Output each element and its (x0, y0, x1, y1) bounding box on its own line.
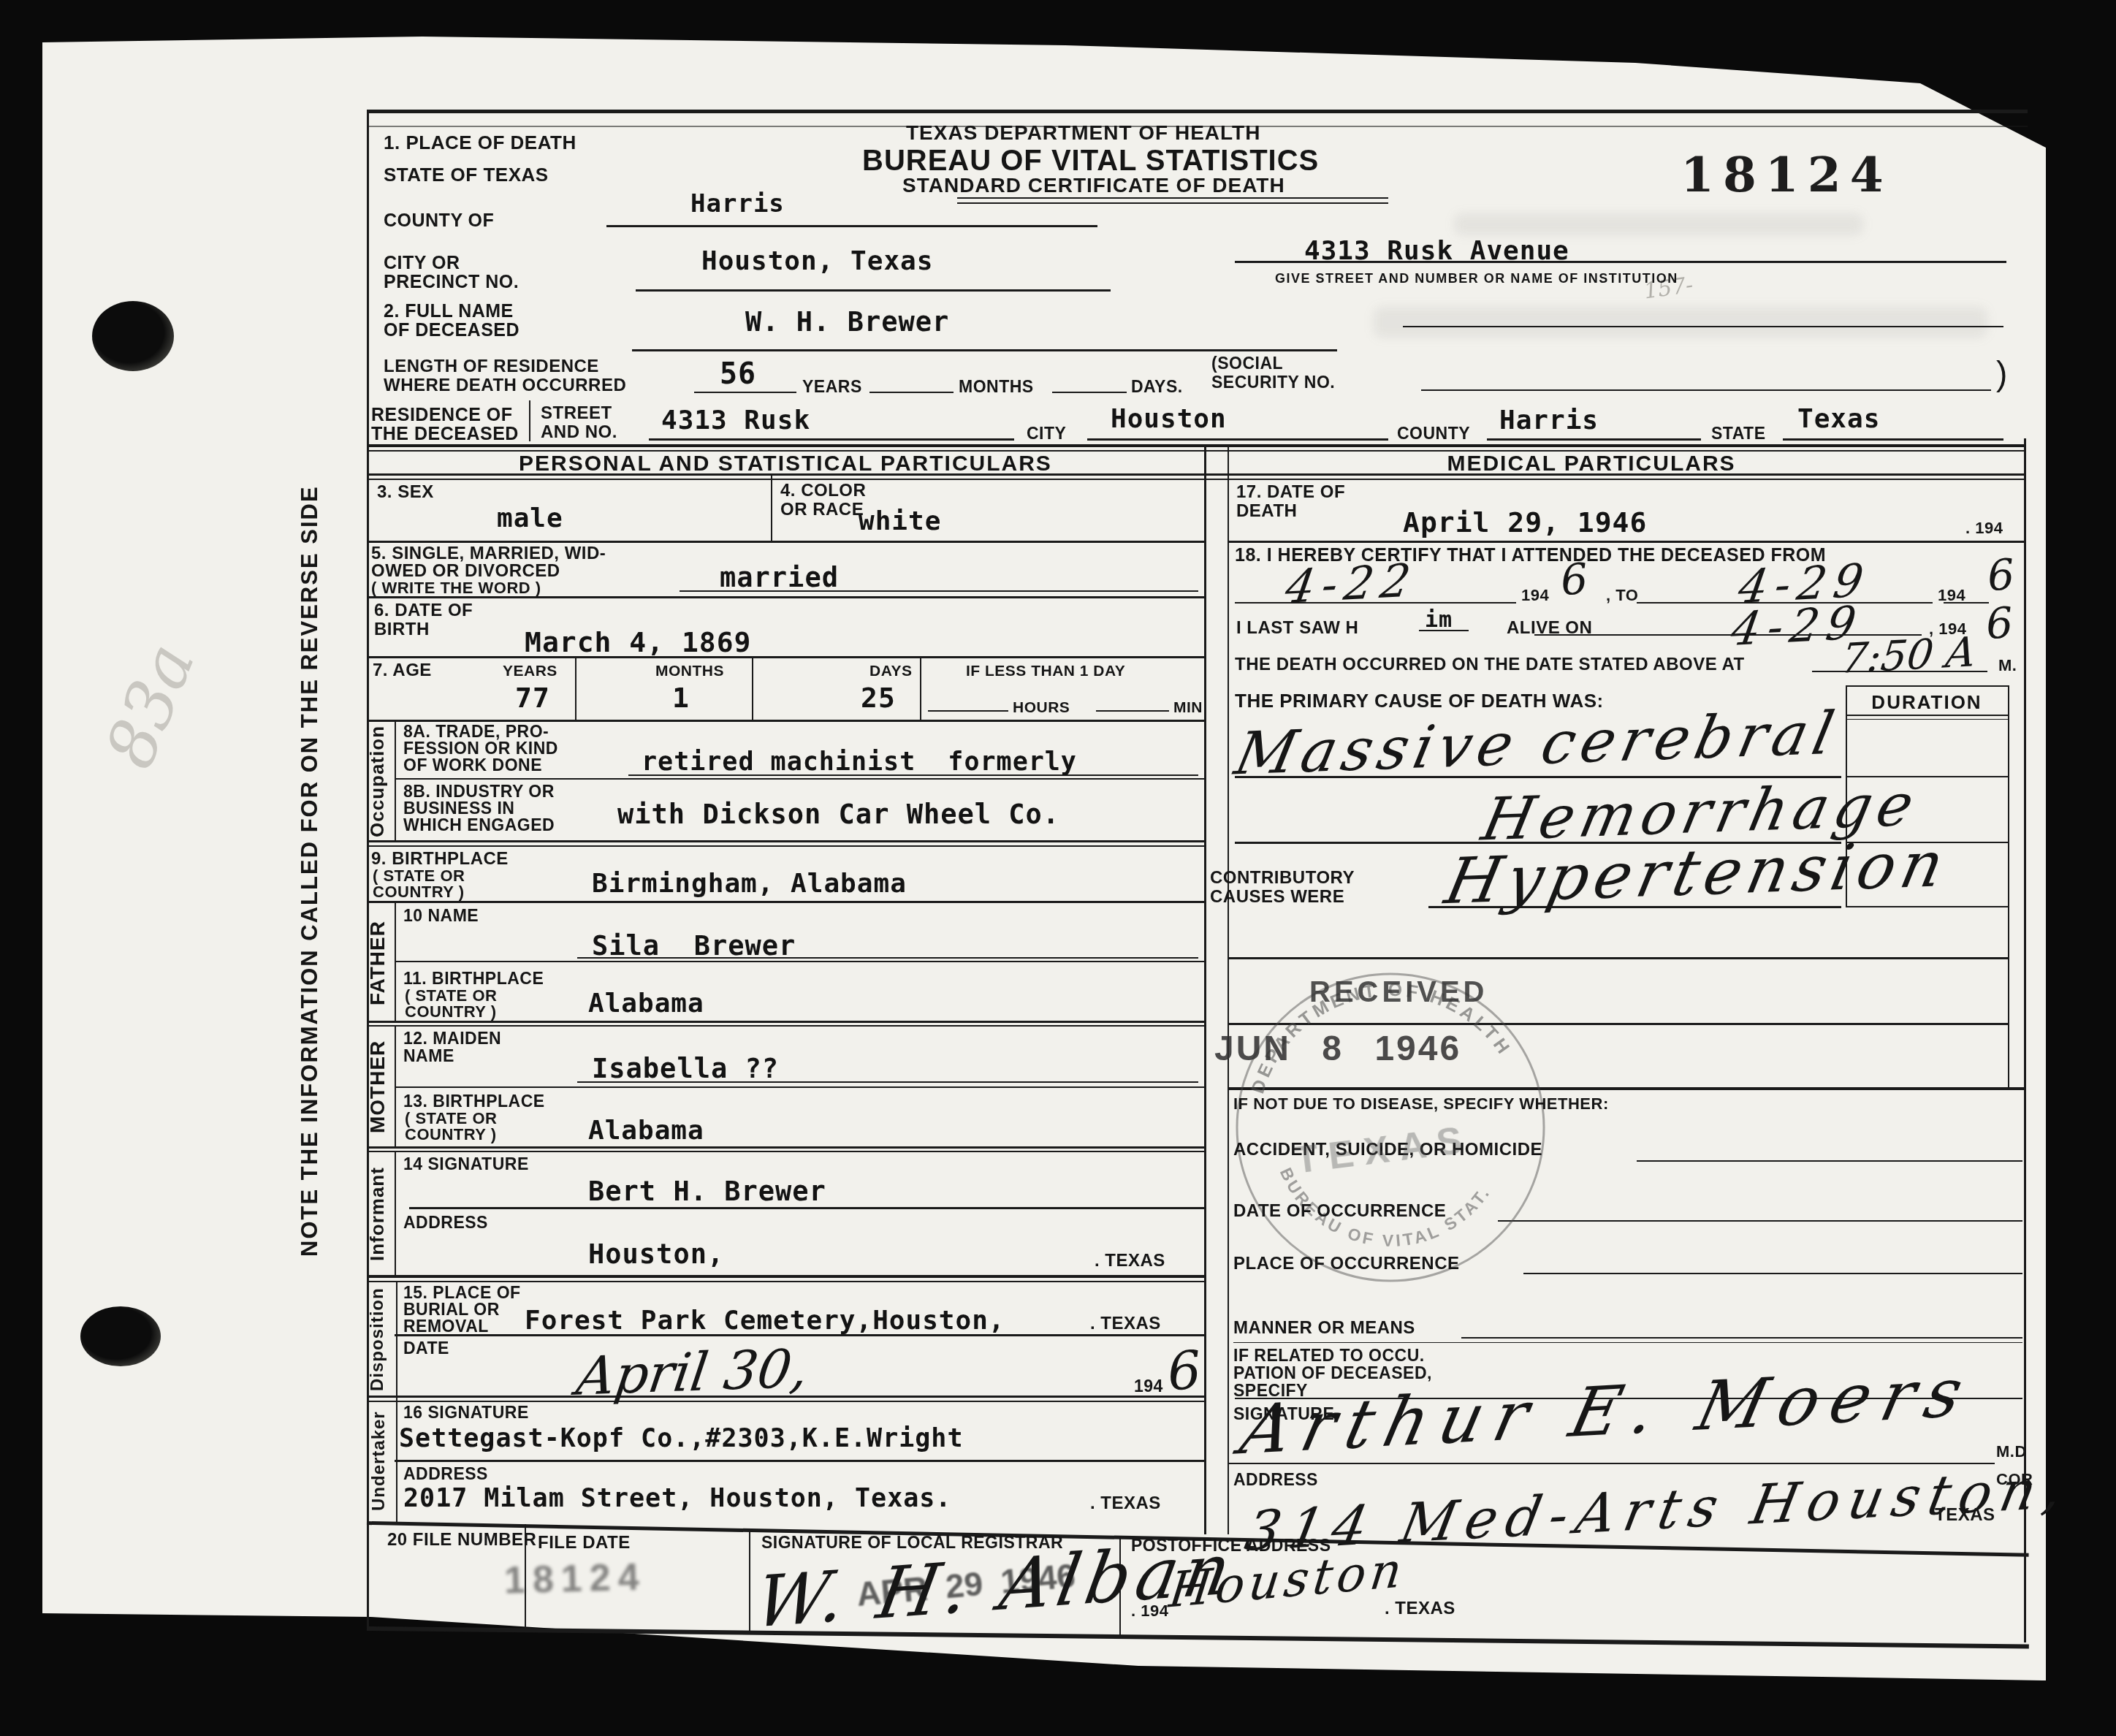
side-label-divider (395, 720, 396, 840)
bureau-title: BUREAU OF VITAL STATISTICS (862, 146, 1319, 175)
dod-label-1: 17. DATE OF (1236, 484, 1345, 501)
burial-label-1: 15. PLACE OF (403, 1284, 521, 1301)
death-street-value: 4313 Rusk Avenue (1304, 238, 1569, 264)
age-months-label: MONTHS (655, 663, 724, 679)
place-of-death-label: 1. PLACE OF DEATH (384, 133, 576, 152)
row-rule (367, 840, 1204, 842)
file-number-stamp: 18124 (503, 1558, 647, 1599)
row-rule (367, 1146, 1204, 1149)
informant-addr-value: Houston, (588, 1241, 724, 1268)
side-informant-label: Informant (368, 1153, 394, 1275)
row-rule (395, 1460, 1204, 1462)
father-bp-label-1: 11. BIRTHPLACE (403, 970, 544, 987)
residence-length-label-1: LENGTH OF RESIDENCE (384, 358, 599, 376)
age-divider (920, 656, 921, 720)
dod-year-printed: . 194 (1965, 520, 2003, 536)
years-label: YEARS (802, 378, 862, 395)
row-rule-echo (367, 1025, 1204, 1027)
row-rule (367, 656, 1204, 658)
days-line (1052, 392, 1127, 393)
form-border-left (367, 110, 369, 1631)
attended-to-year-printed: 194 (1938, 587, 1965, 604)
mother-bp-label-3: COUNTRY ) (405, 1127, 497, 1143)
certificate-number: 18124 (1681, 146, 1892, 203)
age-years-value: 77 (515, 684, 550, 712)
attended-from-year-printed: 194 (1521, 587, 1549, 604)
county2-value: Harris (1499, 408, 1599, 434)
manner-label: MANNER OR MEANS (1233, 1320, 1415, 1337)
maiden-label-1: 12. MAIDEN (403, 1030, 501, 1047)
marital-label-3: ( WRITE THE WORD ) (371, 580, 541, 596)
band-rule-echo (367, 479, 2026, 480)
city-underline (636, 289, 1111, 292)
burial-date-handwriting: April 30, (574, 1341, 812, 1402)
fullname-value: W. H. Brewer (745, 308, 949, 335)
fullname-underline-right (1403, 326, 2003, 327)
contributory-handwriting: Hypertension (1440, 833, 1955, 914)
side-label-divider (395, 1025, 396, 1146)
duration-underline (1846, 715, 2008, 716)
birthplace-label-2: ( STATE OR (373, 868, 465, 884)
manner-line-echo (1233, 1342, 2022, 1343)
birthplace-label-1: 9. BIRTHPLACE (371, 850, 509, 868)
street-no-underline (649, 438, 1014, 441)
bottom-divider (749, 1529, 750, 1632)
side-mother-label: MOTHER (368, 1027, 394, 1146)
mother-bp-label-2: ( STATE OR (405, 1111, 497, 1127)
sex-race-divider (771, 475, 772, 541)
row-rule-echo (367, 1151, 1204, 1152)
city2-value: Houston (1111, 406, 1227, 433)
row-rule-echo (367, 845, 1204, 847)
sex-label: 3. SEX (377, 484, 434, 501)
lastsaw-fill: im (1425, 609, 1453, 631)
industry-label-3: WHICH ENGAGED (403, 817, 555, 834)
age-lessday-label: IF LESS THAN 1 DAY (966, 663, 1125, 679)
punch-hole-top (92, 301, 174, 371)
ssn-underline (1421, 389, 1991, 391)
mother-bp-value: Alabama (588, 1118, 704, 1144)
informant-sig-label: 14 SIGNATURE (403, 1156, 529, 1173)
race-label-1: 4. COLOR (780, 482, 866, 500)
placeocc-line (1523, 1273, 2022, 1274)
state2-value: Texas (1797, 406, 1880, 433)
dob-label-1: 6. DATE OF (374, 602, 473, 620)
contributory-label-1: CONTRIBUTORY (1210, 869, 1355, 887)
scanned-death-certificate-page: 83a 157- NOTE THE INFORMATION CALLED FOR… (0, 0, 2116, 1736)
scan-smudge (1454, 213, 1863, 235)
county-value: Harris (690, 191, 785, 216)
residence-brace (529, 400, 530, 441)
file-date-label: FILE DATE (538, 1534, 631, 1552)
ssn-paren: ) (1996, 357, 2008, 390)
days-label: DAYS. (1131, 378, 1183, 395)
occurred-m-label: M. (1998, 658, 2017, 674)
city2-underline (1087, 438, 1388, 441)
row-rule (367, 1275, 1204, 1278)
medical-section-title: MEDICAL PARTICULARS (1204, 453, 1979, 475)
trade-label-3: OF WORK DONE (403, 757, 542, 774)
file-number-label: 20 FILE NUMBER (387, 1531, 536, 1549)
side-label-divider (395, 1151, 396, 1275)
state2-underline (1783, 438, 2003, 441)
dod-label-2: DEATH (1236, 503, 1297, 520)
row-rule (367, 1021, 1204, 1023)
trade-label-2: FESSION OR KIND (403, 740, 558, 757)
title-underline (957, 197, 1388, 199)
standard-title: STANDARD CERTIFICATE OF DEATH (902, 175, 1285, 196)
marital-label-2: OWED OR DIVORCED (371, 563, 560, 580)
md-label: M.D (1996, 1444, 2027, 1460)
age-label: 7. AGE (373, 662, 432, 679)
months-label: MONTHS (959, 378, 1034, 395)
scan-smudge (1374, 307, 1987, 338)
postoffice-state: . TEXAS (1385, 1600, 1455, 1618)
informant-addr-label: ADDRESS (403, 1214, 488, 1231)
informant-sig-value: Bert H. Brewer (588, 1178, 826, 1205)
father-name-value: Sila Brewer (592, 932, 796, 959)
birthplace-label-3: COUNTRY ) (373, 884, 465, 900)
received-stamp-date: JUN 8 1946 (1214, 1032, 1461, 1067)
side-father-label: FATHER (368, 906, 394, 1021)
residence2-label-2: THE DECEASED (371, 425, 519, 443)
lastsaw-label-1: I LAST SAW H (1236, 620, 1358, 637)
row-rule (409, 1207, 1204, 1209)
mother-bp-label-1: 13. BIRTHPLACE (403, 1093, 545, 1110)
personal-section-title: PERSONAL AND STATISTICAL PARTICULARS (367, 453, 1204, 475)
maiden-label-2: NAME (403, 1048, 454, 1065)
city-precinct-label-1: CITY OR (384, 254, 460, 273)
street-caption: GIVE STREET AND NUMBER OR NAME OF INSTIT… (1275, 272, 1678, 285)
side-occupation-label: Occupation (368, 722, 394, 840)
industry-label-1: 8B. INDUSTRY OR (403, 783, 555, 800)
row-rule (395, 1086, 1204, 1088)
punch-hole-bottom (80, 1306, 161, 1366)
occurred-time-handwriting: 7:50 A (1839, 632, 1979, 680)
state-of-texas-label: STATE OF TEXAS (384, 165, 549, 184)
row-rule-echo (367, 1281, 1204, 1282)
duration-label: DURATION (1846, 693, 2008, 712)
father-bp-label-3: COUNTRY ) (405, 1004, 497, 1020)
hours-label: HOURS (1013, 700, 1070, 715)
lastsaw-year-hw: 6 (1984, 601, 2014, 645)
fullname-label-1: 2. FULL NAME (384, 302, 514, 321)
manner-line (1461, 1337, 2022, 1339)
county2-label: COUNTY (1397, 425, 1470, 442)
undertaker-addr-label: ADDRESS (403, 1466, 488, 1482)
race-value: white (859, 509, 941, 535)
burial-label-2: BURIAL OR (403, 1301, 500, 1318)
burial-state: . TEXAS (1090, 1315, 1161, 1333)
extra-cause-line (1229, 957, 2008, 959)
primary-cause-label: THE PRIMARY CAUSE OF DEATH WAS: (1235, 691, 1604, 710)
margin-reverse-side-note: NOTE THE INFORMATION CALLED FOR ON THE R… (298, 409, 332, 1333)
burial-date-label: DATE (403, 1340, 449, 1357)
accident-line (1637, 1160, 2022, 1162)
street-no-value: 4313 Rusk (661, 408, 810, 434)
maiden-value: Isabella ?? (592, 1055, 779, 1082)
md-address-label: ADDRESS (1233, 1472, 1318, 1488)
row-rule (1229, 541, 2024, 543)
industry-label-2: BUSINESS IN (403, 800, 514, 817)
marital-value: married (720, 564, 839, 591)
trade-value: retired machinist formerly (642, 750, 1077, 775)
to-label: , TO (1606, 587, 1638, 604)
county-of-label: COUNTY OF (384, 212, 494, 230)
side-disposition-label: Disposition (369, 1283, 395, 1396)
min-label: MIN (1173, 700, 1203, 715)
marital-label-1: 5. SINGLE, MARRIED, WID- (371, 545, 606, 563)
dateocc-label: DATE OF OCCURRENCE (1233, 1203, 1446, 1220)
row-rule (367, 541, 1204, 543)
row-rule (395, 778, 1204, 780)
related-label-2: PATION OF DECEASED, (1233, 1365, 1432, 1382)
side-undertaker-label: Undertaker (370, 1403, 397, 1520)
ssn-label-2: SECURITY NO. (1211, 374, 1335, 391)
occurred-label: THE DEATH OCCURRED ON THE DATE STATED AB… (1235, 656, 1745, 674)
city-precinct-value: Houston, Texas (701, 248, 933, 275)
column-divider (1204, 444, 1206, 1534)
street-no-label-1: STREET (541, 405, 612, 422)
duration-box-top (1846, 685, 2008, 687)
placeocc-label: PLACE OF OCCURRENCE (1233, 1255, 1460, 1273)
burial-value: Forest Park Cemetery,Houston, (525, 1308, 1005, 1334)
age-days-label: DAYS (869, 663, 912, 679)
street-no-label-2: AND NO. (541, 424, 617, 441)
residence-years-value: 56 (720, 359, 756, 389)
months-line (869, 392, 954, 393)
residence-length-label-2: WHERE DEATH OCCURRED (384, 377, 626, 395)
dept-title: TEXAS DEPARTMENT OF HEALTH (906, 123, 1260, 143)
attended-to-year-hw: 6 (1986, 553, 2016, 597)
undertaker-sig-label: 16 SIGNATURE (403, 1404, 529, 1421)
title-underline (957, 202, 1388, 204)
notdisease-label: IF NOT DUE TO DISEASE, SPECIFY WHETHER: (1233, 1096, 1609, 1112)
split-rule (367, 444, 2026, 447)
received-stamp-word: RECEIVED (1309, 978, 1488, 1007)
father-name-label: 10 NAME (403, 907, 479, 924)
city-precinct-label-2: PRECINCT NO. (384, 273, 519, 292)
attended-from-handwriting: 4-22 (1282, 557, 1420, 610)
fullname-label-2: OF DECEASED (384, 321, 520, 340)
fullname-underline (632, 349, 1337, 351)
contributory-label-2: CAUSES WERE (1210, 888, 1344, 906)
residence2-label-1: RESIDENCE OF (371, 406, 513, 425)
trade-label-1: 8A. TRADE, PRO- (403, 723, 549, 740)
informant-addr-state: . TEXAS (1095, 1252, 1165, 1270)
duration-box-right (2008, 685, 2009, 1089)
row-rule (367, 901, 1204, 903)
ssn-label-1: (SOCIAL (1211, 355, 1283, 372)
industry-value: with Dickson Car Wheel Co. (617, 801, 1059, 828)
county2-underline (1487, 438, 1701, 441)
lastsaw-label-2: ALIVE ON (1507, 620, 1592, 637)
undertaker-addr-value: 2017 Milam Street, Houston, Texas. (403, 1486, 951, 1512)
father-bp-label-2: ( STATE OR (405, 988, 497, 1004)
burial-label-3: REMOVAL (403, 1318, 489, 1335)
hours-line (928, 710, 1008, 712)
min-line (1096, 710, 1169, 712)
dob-label-2: BIRTH (374, 621, 430, 639)
race-label-2: OR RACE (780, 501, 864, 519)
county-underline (606, 225, 1097, 227)
age-days-value: 25 (861, 684, 896, 712)
dateocc-line (1498, 1220, 2022, 1222)
burial-date-year-handwriting: 6 (1166, 1343, 1203, 1398)
row-rule (395, 961, 1204, 962)
duration-line (1846, 906, 2008, 907)
father-bp-value: Alabama (588, 991, 704, 1017)
burial-date-year-printed: 194 (1134, 1378, 1163, 1395)
state2-label: STATE (1711, 425, 1765, 442)
attended-from-year-hw: 6 (1559, 557, 1589, 601)
sex-value: male (497, 506, 563, 532)
undertaker-addr-state: . TEXAS (1090, 1495, 1161, 1512)
years-line (694, 392, 796, 393)
age-divider (752, 656, 753, 720)
birthplace-value: Birmingham, Alabama (592, 871, 907, 897)
dod-value: April 29, 1946 (1403, 509, 1647, 536)
age-years-label: YEARS (503, 663, 557, 679)
duration-underline-echo (1846, 719, 2008, 720)
form-border-top (367, 110, 2028, 113)
undertaker-sig-value: Settegast-Kopf Co.,#2303,K.E.Wright (399, 1426, 964, 1452)
age-months-value: 1 (672, 684, 690, 712)
dob-value: March 4, 1869 (525, 628, 751, 656)
age-divider (575, 656, 576, 720)
city2-label: CITY (1027, 425, 1066, 442)
related-label-1: IF RELATED TO OCCU. (1233, 1347, 1425, 1364)
row-rule-echo (367, 1401, 1204, 1402)
